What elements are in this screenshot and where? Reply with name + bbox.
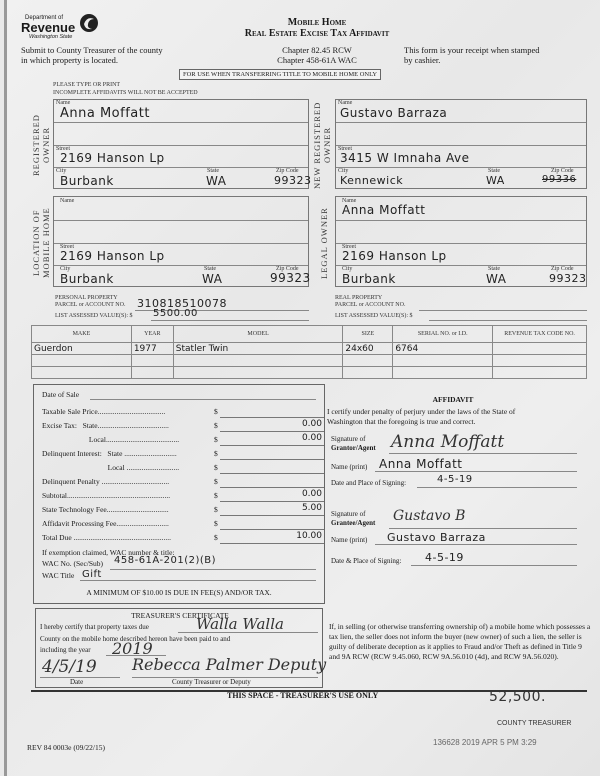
grantee-sig-label: Signature of Grantee/Agent [331,510,375,528]
grantor-sig-label: Signature of Grantor/Agent [331,435,376,453]
tax-code-cell[interactable] [493,343,587,355]
grantee-date-field[interactable]: 4-5-19 [425,551,464,564]
state-technology-fee-field[interactable]: 5.00 [302,503,322,513]
grantor-signature[interactable]: Anna Moffatt [391,432,504,452]
grantor-date-field[interactable]: 4-5-19 [437,474,473,485]
grantee-date-label: Date & Place of Signing: [331,556,401,566]
date-of-sale-label: Date of Sale [42,390,79,399]
grantee-name-label: Name (print) [331,535,367,545]
legal-owner-box: Name Anna Moffatt Street 2169 Hanson Lp … [335,196,587,287]
county-treasurer-stamp: COUNTY TREASURER [497,720,571,727]
handwritten-amount: 52,500. [489,689,546,705]
receipt-note: This form is your receipt when stamped b… [404,45,540,65]
table-row [32,367,587,379]
submit-note: Submit to County Treasurer of the county… [21,45,163,65]
new-owner-state-field[interactable]: WA [486,174,505,187]
year-cell[interactable] [131,367,173,379]
fee-row-delinquent-interest-state: Delinquent Interest: State .............… [42,449,326,462]
grantor-name-label: Name (print) [331,462,367,472]
new-owner-city-field[interactable]: Kennewick [340,174,403,187]
col-model: MODEL [173,326,343,343]
col-size: SIZE [343,326,393,343]
cert-line3: including the year [40,646,91,654]
cashier-stamp: 136628 2019 APR 5 PM 3:29 [433,738,537,747]
cert-line1: I hereby certify that property taxes due [40,623,149,631]
instruction-print: PLEASE TYPE OR PRINT [53,82,120,88]
personal-property-label1: PERSONAL PROPERTY [55,295,125,302]
excise-tax-local-field[interactable]: 0.00 [302,433,322,443]
treasurer-certificate-box: TREASURER'S CERTIFICATE I hereby certify… [35,608,323,688]
cert-signature-label: County Treasurer or Deputy [172,678,251,686]
chapter-wac: Chapter 458-61A WAC [257,55,377,65]
table-row [32,355,587,367]
col-make: MAKE [32,326,132,343]
subtotal-field[interactable]: 0.00 [302,489,322,499]
wac-title-label: WAC Title [42,571,74,580]
size-cell[interactable] [343,355,393,367]
legal-owner-state-field[interactable]: WA [486,272,506,286]
size-cell[interactable] [343,367,393,379]
wac-no-label: WAC No. (Sec/Sub) [42,559,103,568]
affidavit-text-line1: I certify under penalty of perjury under… [327,407,589,417]
personal-property-label: PERSONAL PROPERTY PARCEL or ACCOUNT NO. [55,295,125,309]
fee-row-state-technology-fee: State Technology Fee....................… [42,505,326,518]
real-assessed-label: LIST ASSESSED VALUE(S): $ [335,313,413,319]
location-state-field[interactable]: WA [202,272,222,286]
make-cell[interactable] [32,355,132,367]
chapters: Chapter 82.45 RCW Chapter 458-61A WAC [257,45,377,65]
instruction-incomplete: INCOMPLETE AFFIDAVITS WILL NOT BE ACCEPT… [53,90,198,96]
minimum-fee-note: A MINIMUM OF $10.00 IS DUE IN FEE(S) AND… [34,588,324,597]
fee-row-excise-local: Local...................................… [42,435,326,448]
wac-no-field[interactable]: 458-61A-201(2)(B) [114,555,216,566]
model-cell[interactable] [173,367,343,379]
location-label: LOCATION OF MOBILE HOME [31,198,55,288]
affidavit-title: AFFIDAVIT [317,395,589,405]
new-owner-street-field[interactable]: 3415 W Imnaha Ave [340,151,469,165]
legal-owner-city-field[interactable]: Burbank [342,272,396,286]
size-cell[interactable]: 24x60 [343,343,393,355]
table-row: Guerdon 1977 Statler Twin 24x60 6764 [32,343,587,355]
fee-row-subtotal: Subtotal................................… [42,491,326,504]
serial-cell[interactable]: 6764 [393,343,493,355]
fees-box: Date of Sale Taxable Sale Price.........… [33,384,325,604]
real-property-label2: PARCEL or ACCOUNT NO. [335,302,405,309]
total-due-field[interactable]: 10.00 [296,531,322,541]
tax-code-cell[interactable] [493,355,587,367]
model-cell[interactable] [173,355,343,367]
new-owner-zip-field[interactable]: 99336 [542,174,576,185]
year-cell[interactable]: 1977 [131,343,173,355]
swirl-logo-icon [79,12,99,34]
title-line1: Mobile Home [187,17,447,28]
registered-owner-zip-field[interactable]: 99323 [274,174,312,187]
col-revenue-tax-code: REVENUE TAX CODE NO. [493,326,587,343]
fee-row-delinquent-interest-local: Local ............................ $ [42,463,326,476]
usage-notice: FOR USE WHEN TRANSFERRING TITLE TO MOBIL… [179,69,381,80]
fee-row-delinquent-penalty: Delinquent Penalty .....................… [42,477,326,490]
cert-county-field[interactable]: Walla Walla [196,615,284,633]
treasurer-use-label: THIS SPACE - TREASURER'S USE ONLY [227,691,378,700]
make-cell[interactable] [32,367,132,379]
personal-property-label2: PARCEL or ACCOUNT NO. [55,302,125,309]
logo-state: Washington State [29,34,72,40]
year-cell[interactable] [131,355,173,367]
new-registered-owner-box: Name Gustavo Barraza Street 3415 W Imnah… [335,99,587,189]
fee-row-affidavit-processing-fee: Affidavit Processing Fee................… [42,519,326,532]
grantee-name-field[interactable]: Gustavo Barraza [387,531,486,544]
location-box: Name Street 2169 Hanson Lp City Burbank … [53,196,309,287]
excise-tax-state-field[interactable]: 0.00 [302,419,322,429]
name-label: Name [60,198,74,204]
cert-date-label: Date [70,678,83,686]
grantee-signature[interactable]: Gustavo B [393,508,465,524]
form-number: REV 84 0003e (09/22/15) [27,743,105,752]
col-serial: SERIAL NO. or I.D. [393,326,493,343]
personal-assessed-field[interactable]: 5500.00 [153,308,198,319]
serial-cell[interactable] [393,355,493,367]
tax-code-cell[interactable] [493,367,587,379]
logo-name: Revenue [21,22,75,34]
registered-owner-box: Name Anna Moffatt Street 2169 Hanson Lp … [53,99,309,189]
table-header-row: MAKE YEAR MODEL SIZE SERIAL NO. or I.D. … [32,326,587,343]
new-owner-name-field[interactable]: Gustavo Barraza [340,106,447,120]
form-title: Mobile Home Real Estate Excise Tax Affid… [187,17,447,39]
submit-note-line1: Submit to County Treasurer of the county [21,45,163,55]
affidavit-section: AFFIDAVIT I certify under penalty of per… [327,395,589,427]
dor-logo: Department of Revenue Washington State [21,12,101,42]
registered-owner-state-field[interactable]: WA [206,174,226,188]
make-cell[interactable]: Guerdon [32,343,132,355]
fraud-notice: If, in selling (or otherwise transferrin… [329,622,591,662]
receipt-note-line2: by cashier. [404,55,540,65]
registered-owner-label: REGISTERED OWNER [31,100,55,190]
legal-owner-label: LEGAL OWNER [319,198,333,288]
grantor-name-field[interactable]: Anna Moffatt [379,457,463,471]
fee-row-taxable-sale-price: Taxable Sale Price......................… [42,407,326,420]
form-page: Department of Revenue Washington State S… [4,0,600,776]
wac-title-field[interactable]: Gift [82,569,102,580]
fee-row-excise-state: Excise Tax: State.......................… [42,421,326,434]
cert-treasurer-signature[interactable]: Rebecca Palmer Deputy [132,655,326,674]
real-property-label1: REAL PROPERTY [335,295,405,302]
chapter-rcw: Chapter 82.45 RCW [257,45,377,55]
mobile-home-table: MAKE YEAR MODEL SIZE SERIAL NO. or I.D. … [31,325,587,379]
legal-owner-zip-field[interactable]: 99323 [549,272,587,285]
legal-owner-street-field[interactable]: 2169 Hanson Lp [342,249,447,263]
personal-assessed-label: LIST ASSESSED VALUE(S): $ [55,313,133,319]
affidavit-text-line2: Washington that the foregoing is true an… [327,417,589,427]
legal-owner-name-field[interactable]: Anna Moffatt [342,203,426,217]
new-registered-owner-label: NEW REGISTERED OWNER [312,100,336,190]
registered-owner-street-field[interactable]: 2169 Hanson Lp [60,151,165,165]
fee-row-total-due: Total Due ..............................… [42,533,326,546]
location-zip-field[interactable]: 99323 [270,271,311,285]
cert-date-field[interactable]: 4/5/19 [42,657,97,677]
location-city-field[interactable]: Burbank [60,272,114,286]
submit-note-line2: in which property is located. [21,55,163,65]
real-property-label: REAL PROPERTY PARCEL or ACCOUNT NO. [335,295,405,309]
receipt-note-line1: This form is your receipt when stamped [404,45,540,55]
location-street-field[interactable]: 2169 Hanson Lp [60,249,165,263]
col-year: YEAR [131,326,173,343]
serial-cell[interactable] [393,367,493,379]
model-cell[interactable]: Statler Twin [173,343,343,355]
title-line2: Real Estate Excise Tax Affidavit [187,28,447,39]
registered-owner-name-field[interactable]: Anna Moffatt [60,106,150,121]
grantor-date-label: Date and Place of Signing: [331,478,406,488]
registered-owner-city-field[interactable]: Burbank [60,174,114,188]
